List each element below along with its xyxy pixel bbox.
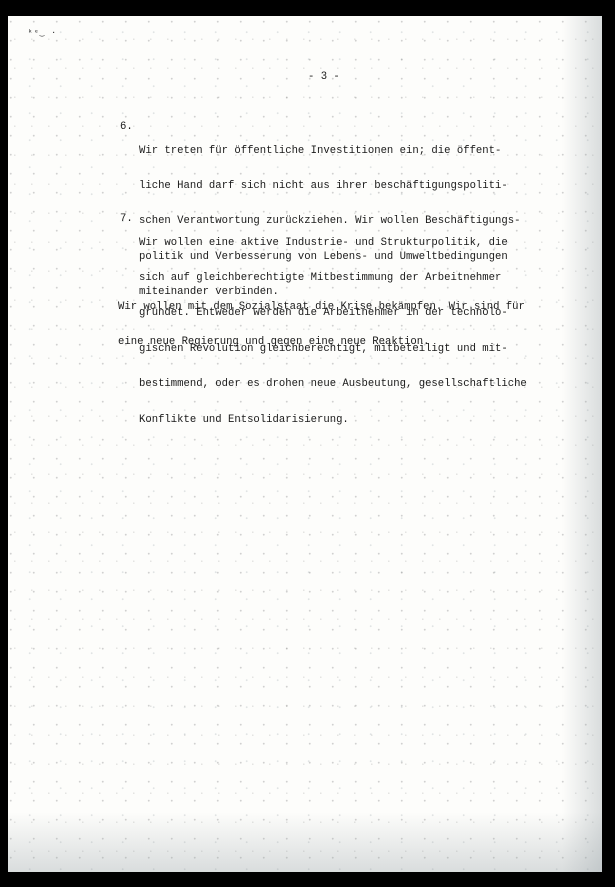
scanned-page: ᵏᵉ‿ · - 3 - 6. Wir treten für öffentlich… bbox=[8, 16, 602, 872]
scan-noise-right-edge bbox=[562, 16, 602, 872]
closing-paragraph: Wir wollen mit dem Sozialstaat die Krise… bbox=[118, 278, 525, 372]
text-line: bestimmend, oder es drohen neue Ausbeutu… bbox=[139, 379, 527, 391]
text-line: eine neue Regierung und gegen eine neue … bbox=[118, 337, 525, 349]
handwritten-corner-mark: ᵏᵉ‿ · bbox=[28, 28, 57, 37]
scan-noise-bottom-edge bbox=[8, 812, 602, 872]
text-line: Wir wollen eine aktive Industrie- und St… bbox=[139, 238, 527, 250]
text-line: liche Hand darf sich nicht aus ihrer bes… bbox=[139, 181, 520, 193]
text-line: Wir wollen mit dem Sozialstaat die Krise… bbox=[118, 302, 525, 314]
list-item-6: 6. Wir treten für öffentliche Investitio… bbox=[120, 122, 145, 169]
text-line: Wir treten für öffentliche Investitionen… bbox=[139, 146, 520, 158]
list-item-number: 7. bbox=[120, 214, 133, 226]
text-line: Konflikte und Entsolidarisierung. bbox=[139, 415, 527, 427]
page-number: - 3 - bbox=[308, 72, 340, 84]
list-item-7: 7. Wir wollen eine aktive Industrie- und… bbox=[120, 214, 145, 261]
list-item-number: 6. bbox=[120, 122, 133, 134]
